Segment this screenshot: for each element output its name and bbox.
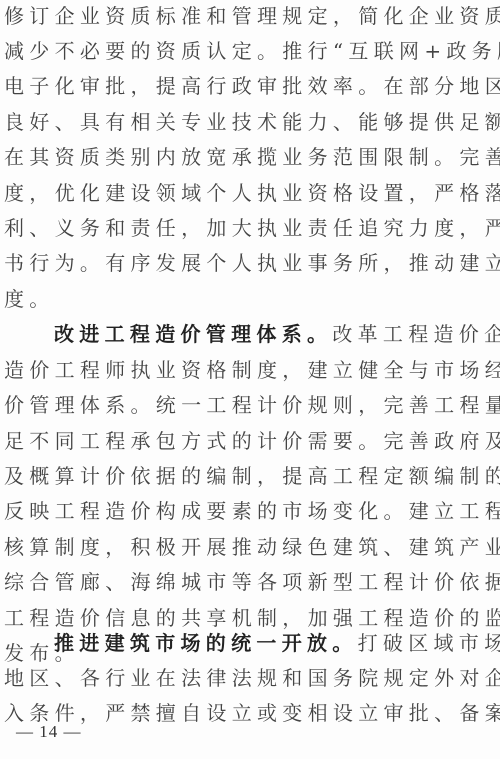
paragraph-line: 造价工程师执业资格制度，建立健全与市场经济相适应的工程造: [4, 354, 498, 386]
section-first-line: 改进工程造价管理体系。改革工程造价企业资质管理，完善: [4, 318, 498, 350]
paragraph-line: 书行为。有序发展个人执业事务所，推动建立个人执业保险制: [4, 247, 498, 279]
paragraph-line: 在其资质类别内放宽承揽业务范围限制。完善个人执业资格制: [4, 141, 498, 173]
section-heading: 推进建筑市场的统一开放。: [54, 631, 358, 655]
document-page: 修订企业资质标准和管理规定，简化企业资质类别和等级设置， 减少不必要的资质认定。…: [0, 0, 500, 759]
section-heading: 改进工程造价管理体系。: [54, 322, 332, 346]
paragraph-line: 利、义务和责任，加大执业责任追究力度，严厉打击出租出借证: [4, 212, 498, 244]
paragraph-line: 足不同工程承包方式的计价需要。完善政府及国有投资工程估算: [4, 425, 498, 457]
paragraph-text: 改革工程造价企业资质管理，完善: [332, 322, 500, 346]
paragraph-line: 良好、具有相关专业技术能力、能够提供足额履约担保的企业，: [4, 106, 498, 138]
paragraph-line: 反映工程造价构成要素的市场变化。建立工程全寿命周期的成本: [4, 495, 498, 527]
paragraph-line: 电子化审批，提高行政审批效率。在部分地区开展试点，对信用: [4, 70, 498, 102]
paragraph-line: 度，优化建设领域个人执业资格设置，严格落实注册执业人员权: [4, 177, 498, 209]
paragraph-line: 修订企业资质标准和管理规定，简化企业资质类别和等级设置，: [4, 0, 498, 32]
paragraph-text: 打破区域市场准入壁垒，取消各: [358, 631, 500, 655]
paragraph-line: 综合管廊、海绵城市等各项新型工程计价依据的编制。逐步实现: [4, 566, 498, 598]
paragraph-line: 地区、各行业在法律法规和国务院规定外对企业设置的不合理准: [4, 662, 498, 694]
page-number: — 14 —: [16, 722, 82, 742]
section-first-line: 推进建筑市场的统一开放。打破区域市场准入壁垒，取消各: [4, 627, 498, 659]
paragraph-line: 度。: [4, 283, 498, 315]
paragraph-line: 减少不必要的资质认定。推行“互联网+政务服务”，全面推进: [4, 35, 498, 67]
paragraph-line: 及概算计价依据的编制，提高工程定额编制的科学性，及时准确: [4, 460, 498, 492]
paragraph-line: 价管理体系。统一工程计价规则，完善工程量清单计价体系，满: [4, 389, 498, 421]
paragraph-line: 核算制度，积极开展推动绿色建筑、建筑产业现代化、城市地下: [4, 531, 498, 563]
